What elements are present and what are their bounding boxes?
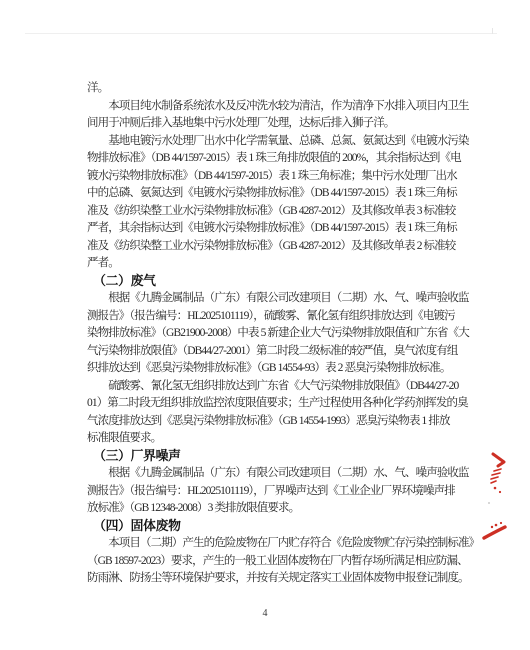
page-number: 4 bbox=[0, 608, 530, 619]
text-line: 测报告》（报告编号：HL2025101119），厂界噪声达到《工业企业厂界环境噪… bbox=[87, 483, 455, 501]
text-line: 防雨淋、防扬尘等环境保护要求，并按有关规定落实工业固体废物申报登记制度。 bbox=[87, 570, 455, 588]
body-text: 洋。 本项目纯水制备系统浓水及反冲洗水较为清洁，作为清净下水排入项目内卫生 间用… bbox=[87, 80, 455, 588]
text-line: 根据《九腾金属制品（广东）有限公司改建项目（二期）水、气、噪声验收监 bbox=[87, 290, 455, 308]
text-line: 织排放达到《恶臭污染物排放标准》（GB 14554-93）表 2 恶臭污染物排放… bbox=[87, 360, 455, 378]
text-line: 本项目纯水制备系统浓水及反冲洗水较为清洁，作为清净下水排入项目内卫生 bbox=[87, 98, 455, 116]
scan-artifact-line bbox=[25, 33, 497, 34]
text-line: 本项目（二期）产生的危险废物在厂内贮存符合《危险废物贮存污染控制标准》 bbox=[87, 535, 455, 553]
text-line: 中的总磷、氨氮达到《电镀水污染物排放标准》（DB 44/1597-2015）表 … bbox=[87, 185, 455, 203]
text-line: 基地电镀污水处理厂出水中化学需氧量、总磷、总氮、氨氮达到《电镀水污染 bbox=[87, 133, 455, 151]
section-heading-solid-waste: （四）固体废物 bbox=[87, 518, 455, 536]
text-line: 间用于冲厕后排入基地集中污水处理厂处理，达标后排入狮子洋。 bbox=[87, 115, 455, 133]
text-line: 严者。 bbox=[87, 255, 455, 273]
text-line: 测报告》（报告编号：HL2025101119），硫酸雾、氰化氢有组织排放达到《电… bbox=[87, 308, 455, 326]
scan-artifact-tick bbox=[492, 28, 493, 34]
text-line: 放标准》（GB 12348-2008）3 类排放限值要求。 bbox=[87, 500, 455, 518]
section-heading-waste-gas: （二）废气 bbox=[87, 273, 455, 291]
text-line: 气浓度排放达到《恶臭污染物排放标准》（GB 14554-1993）恶臭污染物表 … bbox=[87, 413, 455, 431]
section-heading-boundary-noise: （三）厂界噪声 bbox=[87, 448, 455, 466]
text-line: 染物排放标准》（GB21900-2008）中表 5 新建企业大气污染物排放限值和… bbox=[87, 325, 455, 343]
text-line: 根据《九腾金属制品（广东）有限公司改建项目（二期）水、气、噪声验收监 bbox=[87, 465, 455, 483]
text-line: 物排放标准》（DB 44/1597-2015）表 1 珠三角排放限值的 200%… bbox=[87, 150, 455, 168]
document-page: 洋。 本项目纯水制备系统浓水及反冲洗水较为清洁，作为清净下水排入项目内卫生 间用… bbox=[0, 0, 530, 650]
text-line: 准及《纺织染整工业水污染物排放标准》（GB 4287-2012）及其修改单表 3… bbox=[87, 203, 455, 221]
text-line: 硫酸雾、氰化氢无组织排放达到广东省《大气污染物排放限值》（DB44/27-20 bbox=[87, 378, 455, 396]
red-ink-mark-top bbox=[484, 450, 510, 496]
text-line: 严者，其余指标达到《电镀水污染物排放标准》（DB 44/1597-2015）表 … bbox=[87, 220, 455, 238]
text-line: 01）第二时段无组织排放监控浓度限值要求；生产过程使用各种化学药剂挥发的臭 bbox=[87, 395, 455, 413]
red-ink-mark-bottom bbox=[481, 517, 509, 543]
text-line: 镀水污染物排放标准》（DB 44/1597-2015）表 1 珠三角标准；集中污… bbox=[87, 168, 455, 186]
text-line: 标准限值要求。 bbox=[87, 430, 455, 448]
scan-artifact-dot bbox=[488, 502, 490, 504]
text-line: 洋。 bbox=[87, 80, 455, 98]
text-line: 准及《纺织染整工业水污染物排放标准》（GB 4287-2012）及其修改单表 2… bbox=[87, 238, 455, 256]
text-line: （GB 18597-2023）要求，产生的一般工业固体废物在厂内暂存场所满足相应… bbox=[87, 553, 455, 571]
text-line: 气污染物排放限值》（DB44/27-2001）第二时段二级标准的较严值，臭气浓度… bbox=[87, 343, 455, 361]
